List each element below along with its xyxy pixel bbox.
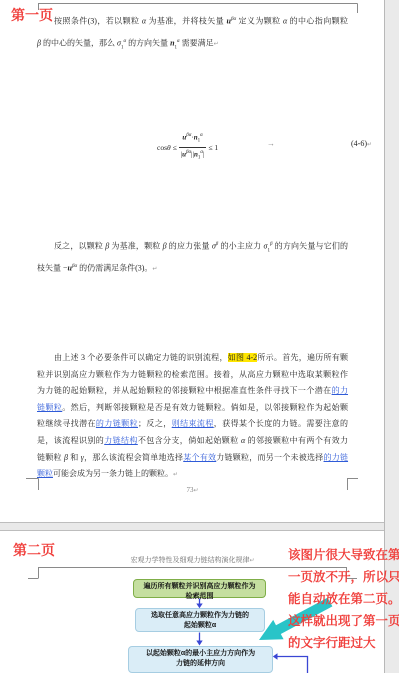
text-segment: 1 bbox=[198, 155, 201, 160]
text-segment: ↵ bbox=[152, 266, 157, 272]
page-gap bbox=[0, 522, 384, 531]
text-segment: 力链颗粒，而另一个未被选择 bbox=[216, 453, 323, 462]
annotation-line: 一页放不开，所以只 bbox=[288, 566, 399, 588]
page-number: 73↵ bbox=[37, 486, 348, 494]
text-segment: 1 bbox=[267, 248, 270, 253]
text-segment: 的方向矢量与它们的 bbox=[272, 242, 348, 251]
text-segment: | bbox=[203, 150, 204, 158]
text-segment: 1 bbox=[121, 45, 124, 50]
text-segment: 为基准，并将枝矢量 bbox=[146, 17, 227, 26]
text-segment: 的方向矢量 bbox=[126, 39, 170, 48]
text-segment: ，获得某个长度的力链。需要注意的 bbox=[214, 419, 348, 428]
text-segment: 链颗粒 bbox=[37, 403, 62, 412]
text-segment: 粒继续寻找潜在 bbox=[37, 419, 96, 428]
text-segment: 的仍需满足条件(3)。 bbox=[77, 263, 152, 272]
formula-numerator: uβα·n1α bbox=[180, 131, 204, 147]
text-segment: 可能会成为另一条力链上的颗粒。 bbox=[53, 469, 173, 478]
formula-denominator: |uβα||n1α| bbox=[179, 147, 207, 164]
text-segment: 为基准，颗粒 bbox=[109, 242, 162, 251]
text-segment: 的中心的矢量，那么 bbox=[41, 39, 117, 48]
flowchart-box-line: 起始颗粒α bbox=[136, 621, 264, 631]
text-segment: 1 bbox=[175, 45, 178, 50]
text-segment: 。然后，判断邻接颗粒是否是有效力链颗粒。倘如是，以邻接颗粒作为起始颗 bbox=[62, 403, 348, 412]
formula-fraction: uβα·n1α |uβα||n1α| bbox=[179, 131, 207, 163]
text-segment: 需要满足 bbox=[180, 39, 214, 48]
text-segment: 为力链的起始颗粒，并从起始颗粒的邻接颗粒中根据准直性条件寻找下一个潜在 bbox=[37, 386, 332, 395]
text-segment: cos bbox=[157, 143, 167, 152]
text-segment: ，那么该流程会简单地选择 bbox=[84, 453, 183, 462]
text-segment: ↵ bbox=[193, 488, 198, 494]
annotation-line: 该图片很大导致在第 bbox=[288, 544, 399, 566]
text-segment: 1 bbox=[198, 139, 201, 144]
text-segment: 宏观力学特性及细观力链结构演化规律 bbox=[130, 556, 249, 564]
text-segment: 链颗粒 bbox=[37, 453, 64, 462]
text-line[interactable]: 枝矢量 −uβα 的仍需满足条件(3)。↵ bbox=[37, 261, 348, 276]
text-segment: 反之，以颗粒 bbox=[54, 242, 105, 251]
text-segment: ↵ bbox=[173, 472, 178, 478]
annotation-page1-label: 第一页 bbox=[11, 5, 53, 25]
text-line[interactable]: 按照条件(3)，若以颗粒 α 为基准，并将枝矢量 uβα 定义为颗粒 α 的中心… bbox=[37, 14, 348, 28]
equation-number: (4-6)↵ bbox=[351, 139, 372, 148]
text-segment: 的小主应力 bbox=[218, 242, 263, 251]
page-1[interactable]: 按照条件(3)，若以颗粒 α 为基准，并将枝矢量 uβα 定义为颗粒 α 的中心… bbox=[0, 0, 384, 522]
text-line[interactable]: 粒并识别高应力颗粒作为力链颗粒的检索范围。接着，从高应力颗粒中选取某颗粒作 bbox=[37, 369, 348, 381]
text-line[interactable]: β 的中心的矢量，那么 σ1α 的方向矢量 n1α 需要满足↵ bbox=[37, 36, 348, 54]
text-segment: 则结束流程 bbox=[172, 419, 214, 428]
text-segment: 颗粒 bbox=[37, 469, 53, 478]
text-segment: α bbox=[200, 133, 203, 138]
text-segment: 和 bbox=[68, 453, 81, 462]
flowchart-box-select-start-particle[interactable]: 选取任意高应力颗粒作为力链的 起始颗粒α bbox=[135, 608, 265, 632]
flowchart-box-extension-direction[interactable]: 以起始颗粒α的最小主应力方向作为 力链的延伸方向 bbox=[128, 646, 273, 673]
annotation-line: 的文字行距过大 bbox=[288, 632, 399, 654]
text-segment: 如图 4-2 bbox=[228, 353, 257, 362]
text-segment: (4-6) bbox=[351, 139, 367, 148]
text-segment: 某个有效 bbox=[183, 453, 216, 462]
text-segment: 是，该流程识别的 bbox=[37, 436, 104, 445]
text-segment: 力链结构 bbox=[104, 436, 138, 445]
text-segment: 枝矢量 − bbox=[37, 263, 68, 272]
text-segment: 不包含分支，倘如起始颗粒 bbox=[138, 436, 241, 445]
flowchart-box-search-range[interactable]: 遍历所有颗粒并识别高应力颗粒作为 检索范围 bbox=[133, 579, 266, 598]
text-segment: 的力链颗粒 bbox=[96, 419, 138, 428]
annotation-page2-label: 第二页 bbox=[13, 540, 55, 560]
text-line[interactable]: 由上述 3 个必要条件可以确定力链的识别流程，如图 4-2所示。首先，遍历所有颗 bbox=[37, 352, 348, 364]
text-line[interactable]: 粒继续寻找潜在的力链颗粒；反之，则结束流程，获得某个长度的力链。需要注意的 bbox=[37, 418, 348, 430]
text-segment: 的应力张量 bbox=[167, 242, 212, 251]
text-segment: 的力链 bbox=[324, 453, 349, 462]
text-segment: ；反之， bbox=[138, 419, 172, 428]
text-segment: ↵ bbox=[367, 142, 372, 148]
text-segment: 由上述 3 个必要条件可以确定力链的识别流程， bbox=[54, 353, 228, 362]
annotation-line: 能自动放在第二页。 bbox=[288, 588, 399, 610]
text-line[interactable]: 颗粒可能会成为另一条力链上的颗粒。↵ bbox=[37, 468, 348, 481]
annotation-line: 这样就出现了第一页 bbox=[288, 610, 399, 632]
text-segment: 按照条件(3)，若以颗粒 bbox=[54, 17, 142, 26]
text-line[interactable]: 链颗粒 β 和 γ，那么该流程会简单地选择某个有效力链颗粒，而另一个未被选择的力… bbox=[37, 452, 348, 464]
text-segment: ≤ 1 bbox=[208, 143, 218, 152]
text-line[interactable]: 链颗粒。然后，判断邻接颗粒是否是有效力链颗粒。倘如是，以邻接颗粒作为起始颗 bbox=[37, 402, 348, 414]
text-segment: 粒并识别高应力颗粒作为力链颗粒的检索范围。接着，从高应力颗粒中选取某颗粒作 bbox=[37, 370, 348, 379]
flowchart-box-line: 检索范围 bbox=[134, 592, 265, 602]
text-segment: 的邻接颗粒中有两个有效力 bbox=[245, 436, 348, 445]
text-segment: ≤ bbox=[171, 143, 177, 152]
text-segment: 定义为颗粒 bbox=[236, 17, 283, 26]
text-line[interactable]: 为力链的起始颗粒，并从起始颗粒的邻接颗粒中根据准直性条件寻找下一个潜在的力 bbox=[37, 385, 348, 397]
formula-lhs: cosθ ≤ bbox=[157, 143, 177, 152]
flowchart-box-line: 以起始颗粒α的最小主应力方向作为 bbox=[129, 649, 272, 659]
formula-rhs: ≤ 1 bbox=[208, 143, 218, 152]
text-line[interactable]: 是，该流程识别的力链结构不包含分支，倘如起始颗粒 α 的邻接颗粒中有两个有效力 bbox=[37, 435, 348, 447]
equation-4-6[interactable]: cosθ ≤ uβα·n1α |uβα||n1α| ≤ 1 bbox=[157, 131, 218, 163]
flowchart-box-line: 选取任意高应力颗粒作为力链的 bbox=[136, 611, 264, 621]
text-line[interactable]: 反之，以颗粒 β 为基准，颗粒 β 的应力张量 σβ 的小主应力 σ1β 的方向… bbox=[37, 239, 348, 257]
text-segment: ↵ bbox=[214, 42, 219, 48]
flowchart-box-line: 遍历所有颗粒并识别高应力颗粒作为 bbox=[134, 582, 265, 592]
flowchart-box-line: 力链的延伸方向 bbox=[129, 659, 272, 669]
text-segment: 所示。首先，遍历所有颗 bbox=[257, 353, 348, 362]
annotation-note: 该图片很大导致在第一页放不开，所以只能自动放在第二页。这样就出现了第一页的文字行… bbox=[288, 544, 399, 654]
text-segment: 的中心指向颗粒 bbox=[287, 17, 348, 26]
text-segment: 的力 bbox=[332, 386, 348, 395]
word-document-view: 按照条件(3)，若以颗粒 α 为基准，并将枝矢量 uβα 定义为颗粒 α 的中心… bbox=[0, 0, 399, 673]
tab-character-mark: → bbox=[267, 139, 275, 148]
text-segment: ↵ bbox=[249, 558, 254, 564]
